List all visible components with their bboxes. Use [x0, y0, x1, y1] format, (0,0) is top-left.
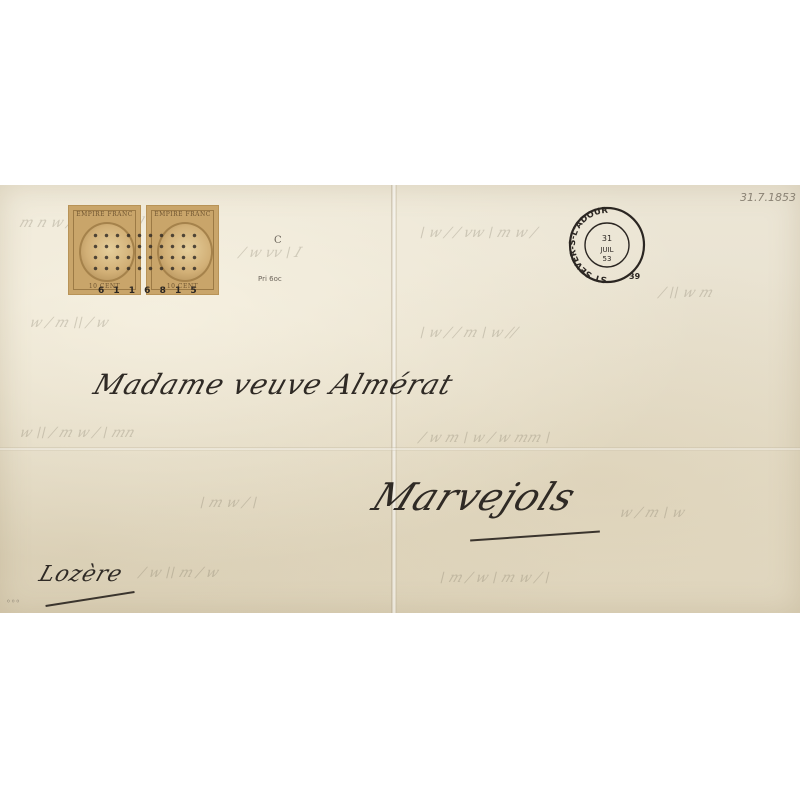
pc-number-cancel: 6 1 1 6 8 1 5	[98, 286, 200, 296]
stamp-pair: EMPIRE FRANC 10 CENT EMPIRE FRANC 10 CEN…	[68, 205, 220, 295]
pencil-price-note: Pri 6oc	[258, 275, 282, 283]
postmark-town: ST SEVER-S-L'ADOUR	[568, 206, 609, 284]
corner-stamp-mark: ◦◦◦	[6, 597, 20, 606]
address-recipient: Madame veuve Almérat	[90, 368, 458, 401]
postmark-year: 53	[603, 255, 612, 263]
svg-text:ST SEVER-S-L'ADOUR: ST SEVER-S-L'ADOUR	[568, 206, 609, 284]
postmark-dept-number: 39	[629, 272, 641, 281]
horizontal-fold-crease	[0, 447, 800, 451]
postmark-day: 31	[602, 234, 612, 243]
pencil-mark: C	[274, 235, 282, 246]
address-city: Marvejols	[366, 475, 583, 519]
folded-letter-cover: m n w / ill w .. I ll w / w vv \ I \ w /…	[0, 185, 800, 613]
pencil-date-annotation: 31.7.1853	[740, 191, 796, 204]
postmark-month: JUIL	[599, 246, 613, 254]
circular-date-postmark: ST SEVER-S-L'ADOUR 31 JUIL 53 39	[567, 205, 647, 285]
dotted-lozenge-cancel	[90, 230, 200, 275]
address-department: Lozère	[36, 562, 126, 587]
